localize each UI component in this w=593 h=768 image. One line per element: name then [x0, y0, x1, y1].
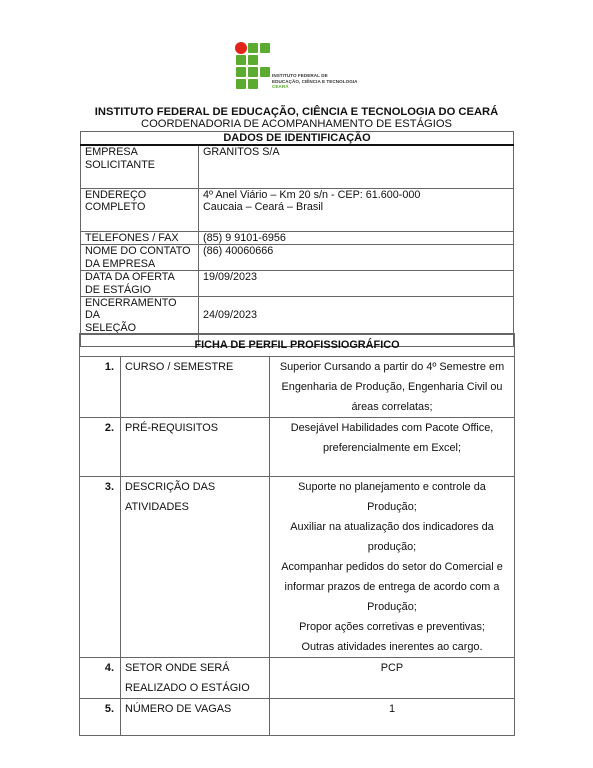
- logo-square: [260, 67, 270, 77]
- id-value: 24/09/2023: [199, 296, 514, 334]
- row-value: Suporte no planejamento e controle da Pr…: [270, 477, 515, 658]
- logo-square: [236, 79, 246, 89]
- logo-text: INSTITUTO FEDERAL DE EDUCAÇÃO, CIÊNCIA E…: [272, 73, 358, 90]
- row-number: 5.: [80, 699, 121, 736]
- logo-square: [248, 55, 258, 65]
- profile-title: FICHA DE PERFIL PROFISSIOGRÁFICO: [80, 334, 515, 357]
- id-label: DATA DA OFERTA DE ESTÁGIO: [81, 271, 199, 297]
- logo-square: [248, 43, 258, 53]
- logo-red-circle: [235, 42, 247, 54]
- identification-table: DADOS DE IDENTIFICAÇÃO EMPRESA SOLICITAN…: [80, 131, 514, 347]
- id-value: (85) 9 9101-6956: [199, 231, 514, 244]
- row-label: PRÉ-REQUISITOS: [121, 418, 270, 477]
- logo-line-3: CEARÁ: [272, 84, 358, 90]
- id-label: ENDEREÇO COMPLETO: [81, 188, 199, 231]
- row-label: CURSO / SEMESTRE: [121, 357, 270, 418]
- id-value: 4º Anel Viário – Km 20 s/n - CEP: 61.600…: [199, 188, 514, 231]
- row-number: 1.: [80, 357, 121, 418]
- row-number: 4.: [80, 658, 121, 699]
- profile-table: FICHA DE PERFIL PROFISSIOGRÁFICO 1.CURSO…: [79, 333, 515, 736]
- row-value: 1: [270, 699, 515, 736]
- logo-square: [248, 67, 258, 77]
- logo-square: [236, 67, 246, 77]
- row-value: PCP: [270, 658, 515, 699]
- id-label: ENCERRAMENTO DA SELEÇÃO: [81, 296, 199, 334]
- row-value: Superior Cursando a partir do 4º Semestr…: [270, 357, 515, 418]
- department-title: COORDENADORIA DE ACOMPANHAMENTO DE ESTÁG…: [0, 118, 593, 130]
- row-number: 3.: [80, 477, 121, 658]
- institution-logo: [235, 42, 375, 100]
- institution-title: INSTITUTO FEDERAL DE EDUCAÇÃO, CIÊNCIA E…: [0, 106, 593, 118]
- id-value: (86) 40060666: [199, 245, 514, 271]
- id-label: TELEFONES / FAX: [81, 231, 199, 244]
- row-number: 2.: [80, 418, 121, 477]
- row-label: DESCRIÇÃO DAS ATIVIDADES: [121, 477, 270, 658]
- logo-square: [248, 79, 258, 89]
- row-label: NÚMERO DE VAGAS: [121, 699, 270, 736]
- id-value: 19/09/2023: [199, 271, 514, 297]
- row-label: SETOR ONDE SERÁ REALIZADO O ESTÁGIO: [121, 658, 270, 699]
- logo-square: [260, 43, 270, 53]
- identification-title: DADOS DE IDENTIFICAÇÃO: [81, 132, 514, 146]
- row-value: Desejável Habilidades com Pacote Office,…: [270, 418, 515, 477]
- id-label: EMPRESA SOLICITANTE: [81, 145, 199, 188]
- id-label: NOME DO CONTATO DA EMPRESA: [81, 245, 199, 271]
- logo-square: [236, 55, 246, 65]
- id-value: GRANITOS S/A: [199, 145, 514, 188]
